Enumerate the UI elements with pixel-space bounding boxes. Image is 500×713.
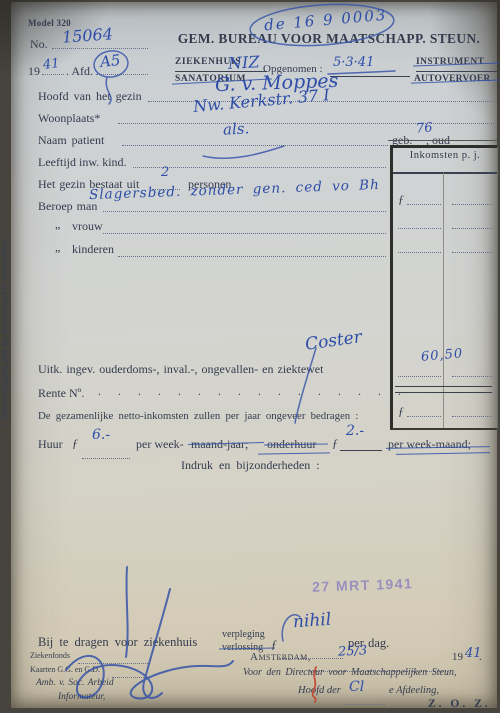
income-row4-dots-left xyxy=(398,366,441,377)
income-row4-dots-right xyxy=(452,366,492,377)
contribution-florin: ƒ xyxy=(271,637,277,652)
huur-value-2-handwritten: 2.- xyxy=(346,423,364,439)
verpleging-option: verpleging xyxy=(222,629,265,640)
opgenomen-date-handwritten: 5·3·41 xyxy=(333,55,374,70)
margin-note: * Adreswijziging ook op dezen regel te v… xyxy=(0,138,13,428)
afd-value-handwritten: A5 xyxy=(99,51,121,71)
kinderen-label: kinderen xyxy=(72,242,114,257)
income-row3-dots-left xyxy=(398,242,441,253)
vrouw-dotted-line xyxy=(103,223,386,234)
hoofd-label: Hoofd van het gezin xyxy=(38,89,142,104)
rente-dots: . . . . . . . . . . . . . . . . xyxy=(98,384,408,399)
woonplaats-label: Woonplaats* xyxy=(38,111,100,126)
income-row5-dots-right xyxy=(452,406,492,417)
naam-label: Naam patient xyxy=(38,133,104,148)
huur-label: Huur xyxy=(38,437,63,452)
afdeeling-suffix: e Afdeeling, xyxy=(389,685,439,696)
year-print-label: 19 xyxy=(452,651,463,663)
kinderen-quote-mark: „ xyxy=(55,240,60,255)
income-box-header: Inkomsten p. j. xyxy=(393,150,497,161)
income-box-outer-line xyxy=(388,140,497,141)
leeftijd-label: Leeftijd inw. kind. xyxy=(38,155,127,170)
kinderen-dotted-line xyxy=(118,246,386,257)
income-box-header-line xyxy=(393,172,497,174)
afdeeling-dotted-line xyxy=(345,694,385,705)
contribution-value-handwritten: nihil xyxy=(292,610,332,633)
netto-line: De gezamenlijke netto-inkomsten zullen p… xyxy=(38,410,358,422)
income-row5-dots-left xyxy=(407,406,441,417)
income-florin-bottom: ƒ xyxy=(398,404,404,419)
scanned-form: Model 320 No. 15064 GEM. BUREAU VOOR MAA… xyxy=(0,0,500,713)
leeftijd-dotted-line xyxy=(133,157,386,168)
naam-value-handwritten: als. xyxy=(223,119,250,138)
huur-per-2: per week-maand; xyxy=(388,437,471,452)
gezin-value-handwritten: 2 xyxy=(161,165,169,180)
huur-florin-1: ƒ xyxy=(72,436,78,451)
amb-label: Amb. v. Soc. Arbeid xyxy=(36,678,114,688)
income-row3-dots-right xyxy=(452,242,492,253)
form-title: GEM. BUREAU VOOR MAATSCHAPP. STEUN. xyxy=(160,31,498,47)
contribution-label: Bij te dragen voor ziekenhuis xyxy=(38,635,197,650)
huur-florin-2: ƒ xyxy=(332,436,338,451)
instrument-divider-line xyxy=(416,71,497,72)
rente-label: Rente Nº. xyxy=(38,386,84,401)
beroep-dotted-line xyxy=(103,201,386,212)
year-label: 19 xyxy=(28,64,40,79)
afd-label: . Afd. xyxy=(66,64,93,79)
opgenomen-line xyxy=(330,76,410,77)
no-value-handwritten: 15064 xyxy=(61,24,113,47)
woonplaats-dotted-line xyxy=(118,113,494,124)
income-box-divider xyxy=(443,173,444,428)
income-total-line-1 xyxy=(395,386,492,387)
income-row1-dots-right xyxy=(452,194,492,205)
admission-mark-handwritten: NIZ xyxy=(228,52,260,73)
kaarten-label: Kaarten G.G. en G.D. xyxy=(30,665,100,674)
income-row1-dots-left xyxy=(407,194,441,205)
ziekenfonds-label: Ziekenfonds xyxy=(30,651,70,660)
zoz-label: Z. O. Z. xyxy=(428,698,491,710)
huur-line-2 xyxy=(340,450,382,451)
income-total-line-2 xyxy=(395,392,492,393)
afdeeling-value-handwritten: Cl xyxy=(349,679,364,695)
vrouw-label: vrouw xyxy=(72,219,103,234)
year-value-handwritten: 41 xyxy=(42,56,60,73)
huur-value-1-handwritten: 6.- xyxy=(92,427,110,443)
naam-dotted-line xyxy=(122,135,388,146)
model-number: Model 320 xyxy=(28,18,71,28)
remarks-label: Indruk en bijzonderheden : xyxy=(181,458,320,473)
vrouw-quote-mark: „ xyxy=(55,217,60,232)
income-row2-dots-right xyxy=(452,218,492,229)
income-amount-handwritten: 60,50 xyxy=(420,346,463,365)
directeur-line: Voor den Directeur voor Maatschappelijke… xyxy=(243,667,456,678)
no-label: No. xyxy=(30,37,48,52)
ziekenfonds-dotted-line xyxy=(78,653,150,664)
city-label: Amsterdam, xyxy=(250,651,311,663)
uitk-line: Uitk. ingev. ouderdoms-, inval.-, ongeva… xyxy=(38,362,323,377)
income-row2-dots-left xyxy=(398,218,441,229)
huur-dotted-line-1 xyxy=(82,448,130,459)
huur-per-1a: per week- xyxy=(136,437,184,452)
date-value-handwritten: 25/3 xyxy=(338,643,368,660)
income-florin-top: ƒ xyxy=(398,192,404,207)
informateur-label: Informateur, xyxy=(58,692,105,702)
year-period: . xyxy=(479,651,482,663)
kaarten-dotted-line xyxy=(112,667,150,678)
hoofd-der-label: Hoofd der xyxy=(298,685,341,696)
